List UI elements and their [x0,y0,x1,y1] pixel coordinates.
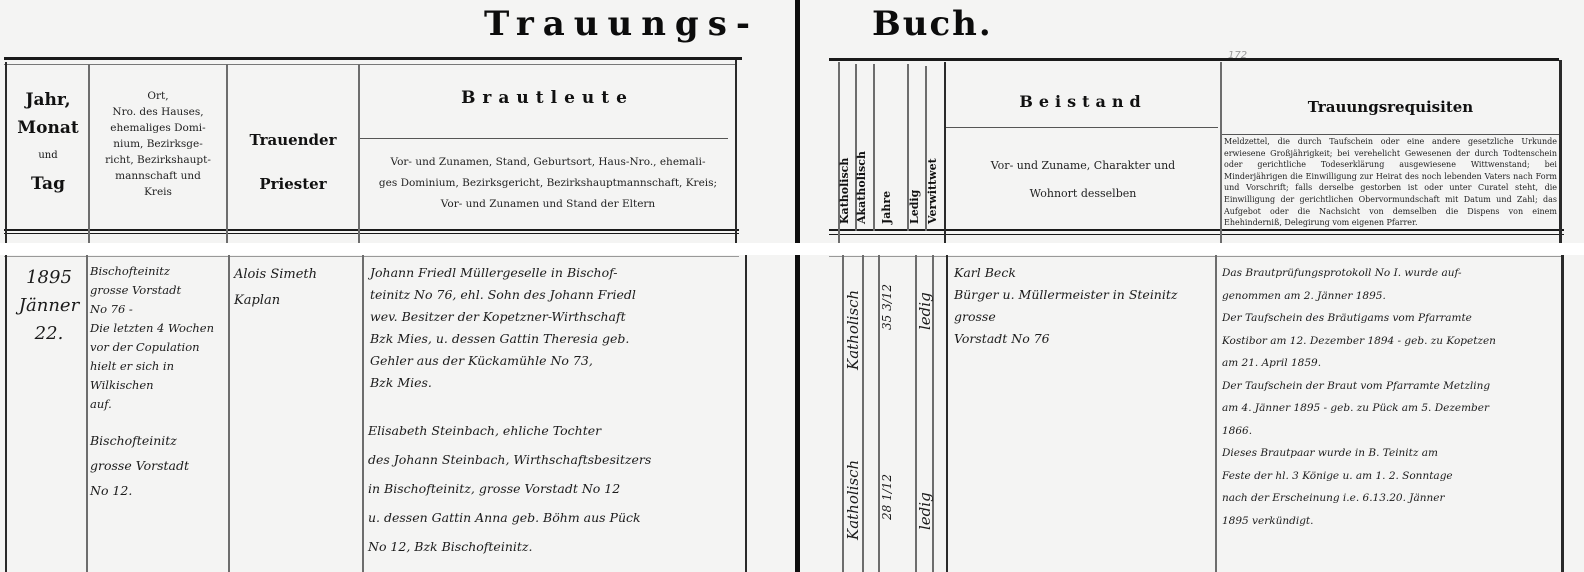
header-non-catholic: Akatholisch [855,151,868,224]
entry-witness: Karl Beck Bürger u. Müllermeister in Ste… [954,262,1216,350]
entry-place-groom: Bischofteinitz grosse Vorstadt No 76 - D… [90,262,228,414]
entry-requisites: Das Brautprüfungsprotokoll No I. wurde a… [1222,262,1560,532]
header-single: Ledig [908,190,921,224]
register-title-right: Buch. [872,4,993,44]
bride-religion: Katholisch [844,460,862,540]
header-date: Jahr, Monat und Tag [8,86,88,198]
header-witness-subtitle: Vor- und Zuname, Charakter und Wohnort d… [946,152,1220,208]
groom-status: ledig [916,292,934,330]
header-couple-title: Brautleute [360,88,735,108]
register-title-left: Trauungs- [484,4,759,44]
groom-religion: Katholisch [844,290,862,370]
entry-date: 1895 Jänner 22. [14,264,84,348]
entry-place-bride: Bischofteinitz grosse Vorstadt No 12. [90,428,228,503]
header-requisites-title: Trauungsrequisiten [1222,98,1559,116]
entry-groom: Johann Friedl Müllergeselle in Bischof- … [370,262,742,394]
header-age: Jahre [880,191,893,224]
header-place: Ort, Nro. des Hauses, ehemaliges Domi- n… [90,88,226,200]
header-requisites-subtitle: Meldzettel, die durch Taufschein oder ei… [1224,136,1557,229]
bride-age: 28 1/12 [880,474,894,520]
header-priest: Trauender Priester [228,118,358,206]
scan-gap [0,243,1584,255]
entry-bride: Elisabeth Steinbach, ehliche Tochter des… [368,416,742,561]
page-divider [795,0,800,243]
page-divider-lower [795,255,800,572]
header-catholic: Katholisch [838,158,851,224]
header-couple-subtitle: Vor- und Zunamen, Stand, Geburtsort, Hau… [362,152,734,215]
header-witness-title: Beistand [946,92,1220,111]
entry-priest: Alois Simeth Kaplan [234,262,362,314]
header-widowed: Verwittwet [926,158,939,224]
bride-status: ledig [916,492,934,530]
groom-age: 35 3/12 [880,284,894,330]
